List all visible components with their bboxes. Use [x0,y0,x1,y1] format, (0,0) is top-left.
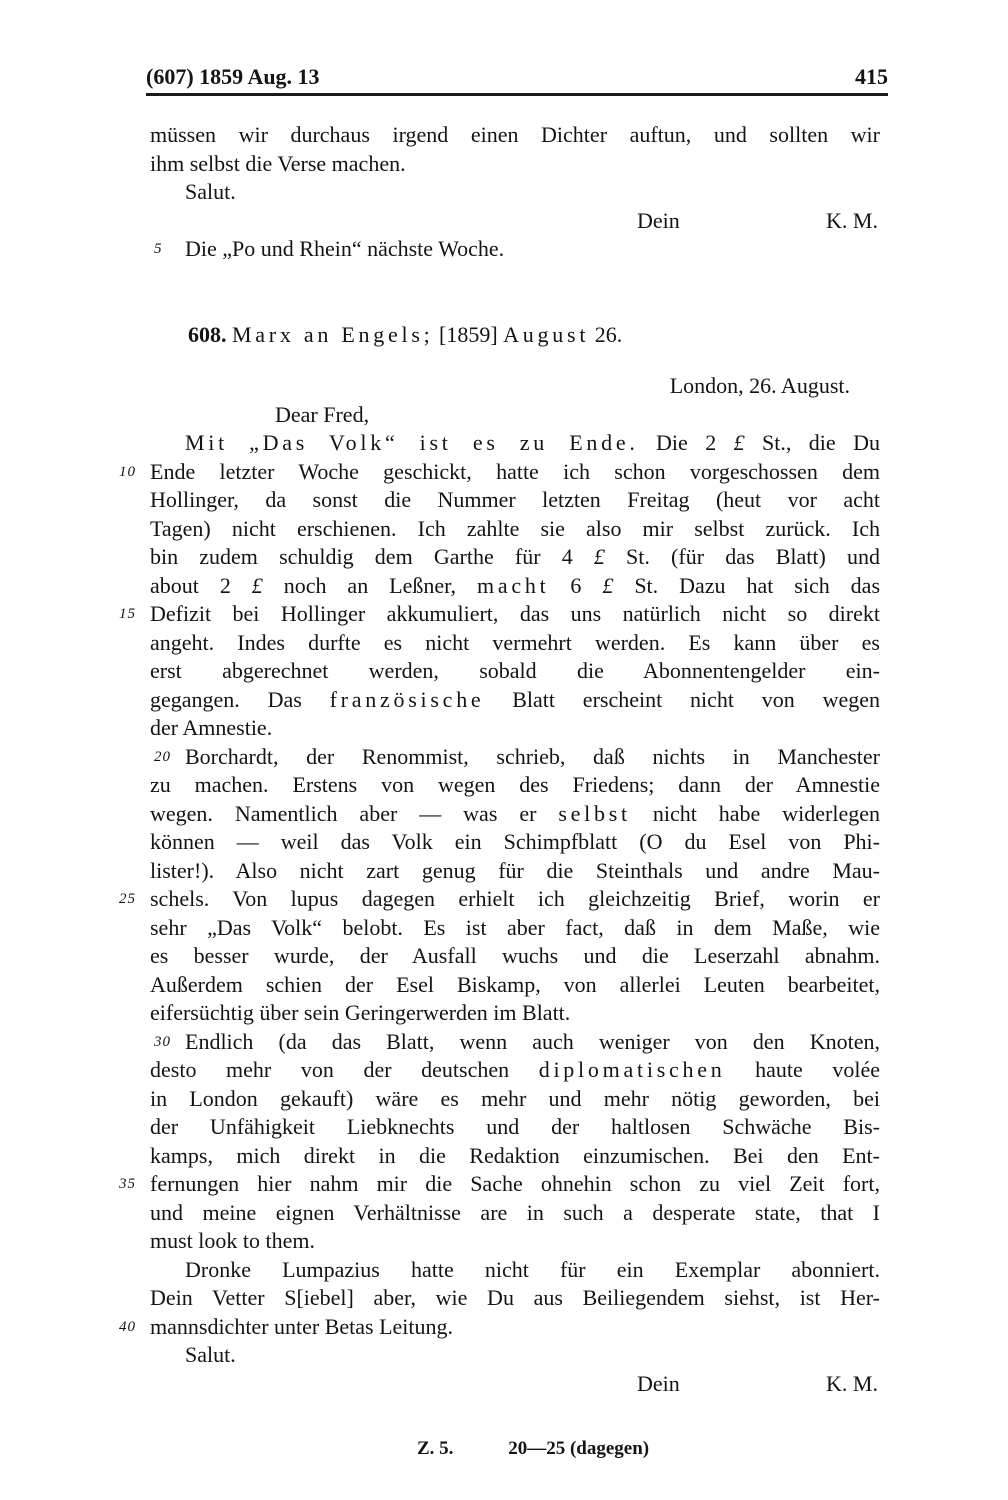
text-segment: London, 26. August. [670,373,850,398]
text-segment: ihm selbst die Verse machen. [150,151,406,176]
bold-text: 608. [188,322,232,347]
page-header: (607) 1859 Aug. 13 415 [146,62,888,92]
text-segment: Salut. [185,179,236,204]
text-line: 10Ende letzter Woche geschickt, hatte ic… [150,458,880,487]
signature-initials: K. M. [826,207,878,236]
text-segment: müssen wir durchaus irgend einen Dichter… [150,122,880,147]
margin-line-number: 5 [119,239,163,259]
valediction: Dein [637,1370,680,1399]
text-segment: Die „Po und Rhein“ nächste Woche. [185,236,504,261]
text-segment: Endlich (da das Blatt, wenn auch weniger… [185,1029,880,1054]
signature-initials: K. M. [826,1370,878,1399]
text-line: lister!). Also nicht zart genug für die … [150,857,880,886]
text-segment: der Amnestie. [150,715,272,740]
text-segment: und meine eignen Verhältnisse are in suc… [150,1200,880,1225]
text-segment: der Unfähigkeit Liebknechts und der halt… [150,1114,880,1139]
emphasized-letterspaced-text: macht [477,573,549,598]
text-segment: Tagen) nicht erschienen. Ich zahlte sie … [150,516,880,541]
text-line: kamps, mich direkt in die Redaktion einz… [150,1142,880,1171]
text-segment: St., die Du [745,430,880,455]
text-segment: zu machen. Erstens von wegen des Frieden… [150,772,880,797]
emphasized-letterspaced-text: Mit „Das Volk“ ist es zu Ende. [185,430,639,455]
text-segment: eifersüchtig über sein Geringerwerden im… [150,1000,570,1025]
text-line: 40mannsdichter unter Betas Leitung. [150,1313,880,1342]
text-segment: kamps, mich direkt in die Redaktion einz… [150,1143,880,1168]
text-line: gegangen. Das französische Blatt erschei… [150,686,880,715]
text-segment: angeht. Indes durfte es nicht vermehrt w… [150,630,880,655]
text-segment: in London gekauft) wäre es mehr und mehr… [150,1086,880,1111]
text-line: erst abgerechnet werden, sobald die Abon… [150,657,880,686]
text-segment: Dear Fred, [275,402,369,427]
margin-line-number: 25 [119,889,136,909]
text-segment: sehr „Das Volk“ belobt. Es ist aber fact… [150,915,880,940]
text-line: es besser wurde, der Ausfall wuchs und d… [150,942,880,971]
text-line: 30Endlich (da das Blatt, wenn auch wenig… [150,1028,880,1057]
text-segment: desto mehr von der deutschen [150,1057,539,1082]
margin-line-number: 15 [119,604,136,624]
text-segment: Ende letzter Woche geschickt, hatte ich … [150,459,880,484]
text-segment: lister!). Also nicht zart genug für die … [150,858,880,883]
margin-line-number: 35 [119,1174,136,1194]
text-segment: St. Dazu hat sich das [613,573,880,598]
text-line: 5Die „Po und Rhein“ nächste Woche. [150,235,880,264]
text-segment: Außerdem schien der Esel Biskamp, von al… [150,972,880,997]
text-segment: noch an Leßner, [263,573,477,598]
emphasized-letterspaced-text: August [503,322,589,347]
text-segment: Die 2 [639,430,734,455]
emphasized-letterspaced-text: diplomatischen [539,1057,726,1082]
text-segment: Defizit bei Hollinger akkumuliert, das u… [150,601,880,626]
text-line: wegen. Namentlich aber — was er selbst n… [150,800,880,829]
text-line: zu machen. Erstens von wegen des Frieden… [150,771,880,800]
text-segment: Borchardt, der Renommist, schrieb, daß n… [185,744,880,769]
emphasized-letterspaced-text: Marx an Engels; [232,322,434,347]
text-segment: 6 [549,573,602,598]
text-line: desto mehr von der deutschen diplomatisc… [150,1056,880,1085]
text-segment: Dronke Lumpazius hatte nicht für ein Exe… [185,1257,880,1282]
running-head: (607) 1859 Aug. 13 [146,64,320,89]
text-line: about 2 £ noch an Leßner, macht 6 £ St. … [150,572,880,601]
pound-sterling-symbol: £ [734,430,745,455]
text-segment: Blatt erscheint nicht von wegen [484,687,880,712]
text-line: der Unfähigkeit Liebknechts und der halt… [150,1113,880,1142]
text-line: Tagen) nicht erschienen. Ich zahlte sie … [150,515,880,544]
text-line: sehr „Das Volk“ belobt. Es ist aber fact… [150,914,880,943]
text-line: und meine eignen Verhältnisse are in suc… [150,1199,880,1228]
emphasized-letterspaced-text: französische [330,687,485,712]
text-line: Salut. [150,1341,880,1370]
text-segment: mannsdichter unter Betas Leitung. [150,1314,453,1339]
text-segment: können — weil das Volk ein Schimpfblatt … [150,829,880,854]
valediction: Dein [637,207,680,236]
footnote-variant-text: 20—25 (dagegen) [508,1438,649,1459]
text-line: 20Borchardt, der Renommist, schrieb, daß… [150,743,880,772]
text-segment: about 2 [150,573,252,598]
text-line: Salut. [150,178,880,207]
text-line: können — weil das Volk ein Schimpfblatt … [150,828,880,857]
text-line: London, 26. August. [150,372,880,401]
footnote: Z. 5. 20—25 (dagegen) [417,1437,649,1461]
text-line: der Amnestie. [150,714,880,743]
text-line: Hollinger, da sonst die Nummer letzten F… [150,486,880,515]
text-segment: erst abgerechnet werden, sobald die Abon… [150,658,880,683]
text-segment: fernungen hier nahm mir die Sache ohnehi… [150,1171,880,1196]
text-line: 25schels. Von lupus dagegen erhielt ich … [150,885,880,914]
text-segment: nicht habe widerlegen [631,801,880,826]
text-segment: St. (für das Blatt) und [605,544,880,569]
text-line: eifersüchtig über sein Geringerwerden im… [150,999,880,1028]
emphasized-letterspaced-text: selbst [558,801,631,826]
signature-line: DeinK. M. [150,1370,880,1399]
text-line: angeht. Indes durfte es nicht vermehrt w… [150,629,880,658]
letter-608-heading: 608. Marx an Engels; [1859] August 26. [150,321,880,350]
margin-line-number: 40 [119,1317,136,1337]
text-line: ihm selbst die Verse machen. [150,150,880,179]
margin-line-number: 10 [119,462,136,482]
footnote-line-ref: Z. 5. [417,1438,453,1459]
text-segment: 26. [589,322,622,347]
text-segment: Hollinger, da sonst die Nummer letzten F… [150,487,880,512]
text-segment: wegen. Namentlich aber — was er [150,801,558,826]
text-line: müssen wir durchaus irgend einen Dichter… [150,121,880,150]
text-segment: schels. Von lupus dagegen erhielt ich gl… [150,886,880,911]
text-line: Dear Fred, [150,401,880,430]
text-segment: must look to them. [150,1228,315,1253]
text-line: 608. Marx an Engels; [1859] August 26. [150,321,880,350]
text-segment: bin zudem schuldig dem Garthe für 4 [150,544,594,569]
text-segment: gegangen. Das [150,687,330,712]
text-line: Mit „Das Volk“ ist es zu Ende. Die 2 £ S… [150,429,880,458]
page-number: 415 [855,62,888,92]
text-segment: Salut. [185,1342,236,1367]
text-line: must look to them. [150,1227,880,1256]
letter-608-body: London, 26. August.Dear Fred,Mit „Das Vo… [150,372,880,1398]
pound-sterling-symbol: £ [594,544,605,569]
text-segment: [1859] [434,322,504,347]
text-line: Außerdem schien der Esel Biskamp, von al… [150,971,880,1000]
text-line: 15Defizit bei Hollinger akkumuliert, das… [150,600,880,629]
text-line: Dronke Lumpazius hatte nicht für ein Exe… [150,1256,880,1285]
text-line: 35fernungen hier nahm mir die Sache ohne… [150,1170,880,1199]
header-rule [146,93,888,96]
text-line: in London gekauft) wäre es mehr und mehr… [150,1085,880,1114]
text-segment: es besser wurde, der Ausfall wuchs und d… [150,943,880,968]
pound-sterling-symbol: £ [252,573,263,598]
text-column: müssen wir durchaus irgend einen Dichter… [150,121,880,1398]
book-page: (607) 1859 Aug. 13 415 müssen wir durcha… [0,0,1008,1500]
text-segment: Dein Vetter S[iebel] aber, wie Du aus Be… [150,1285,880,1310]
margin-line-number: 30 [119,1032,171,1052]
signature-line: DeinK. M. [150,207,880,236]
letter-607-ending: müssen wir durchaus irgend einen Dichter… [150,121,880,264]
margin-line-number: 20 [119,747,171,767]
text-line: Dein Vetter S[iebel] aber, wie Du aus Be… [150,1284,880,1313]
pound-sterling-symbol: £ [602,573,613,598]
text-segment: haute volée [726,1057,881,1082]
text-line: bin zudem schuldig dem Garthe für 4 £ St… [150,543,880,572]
